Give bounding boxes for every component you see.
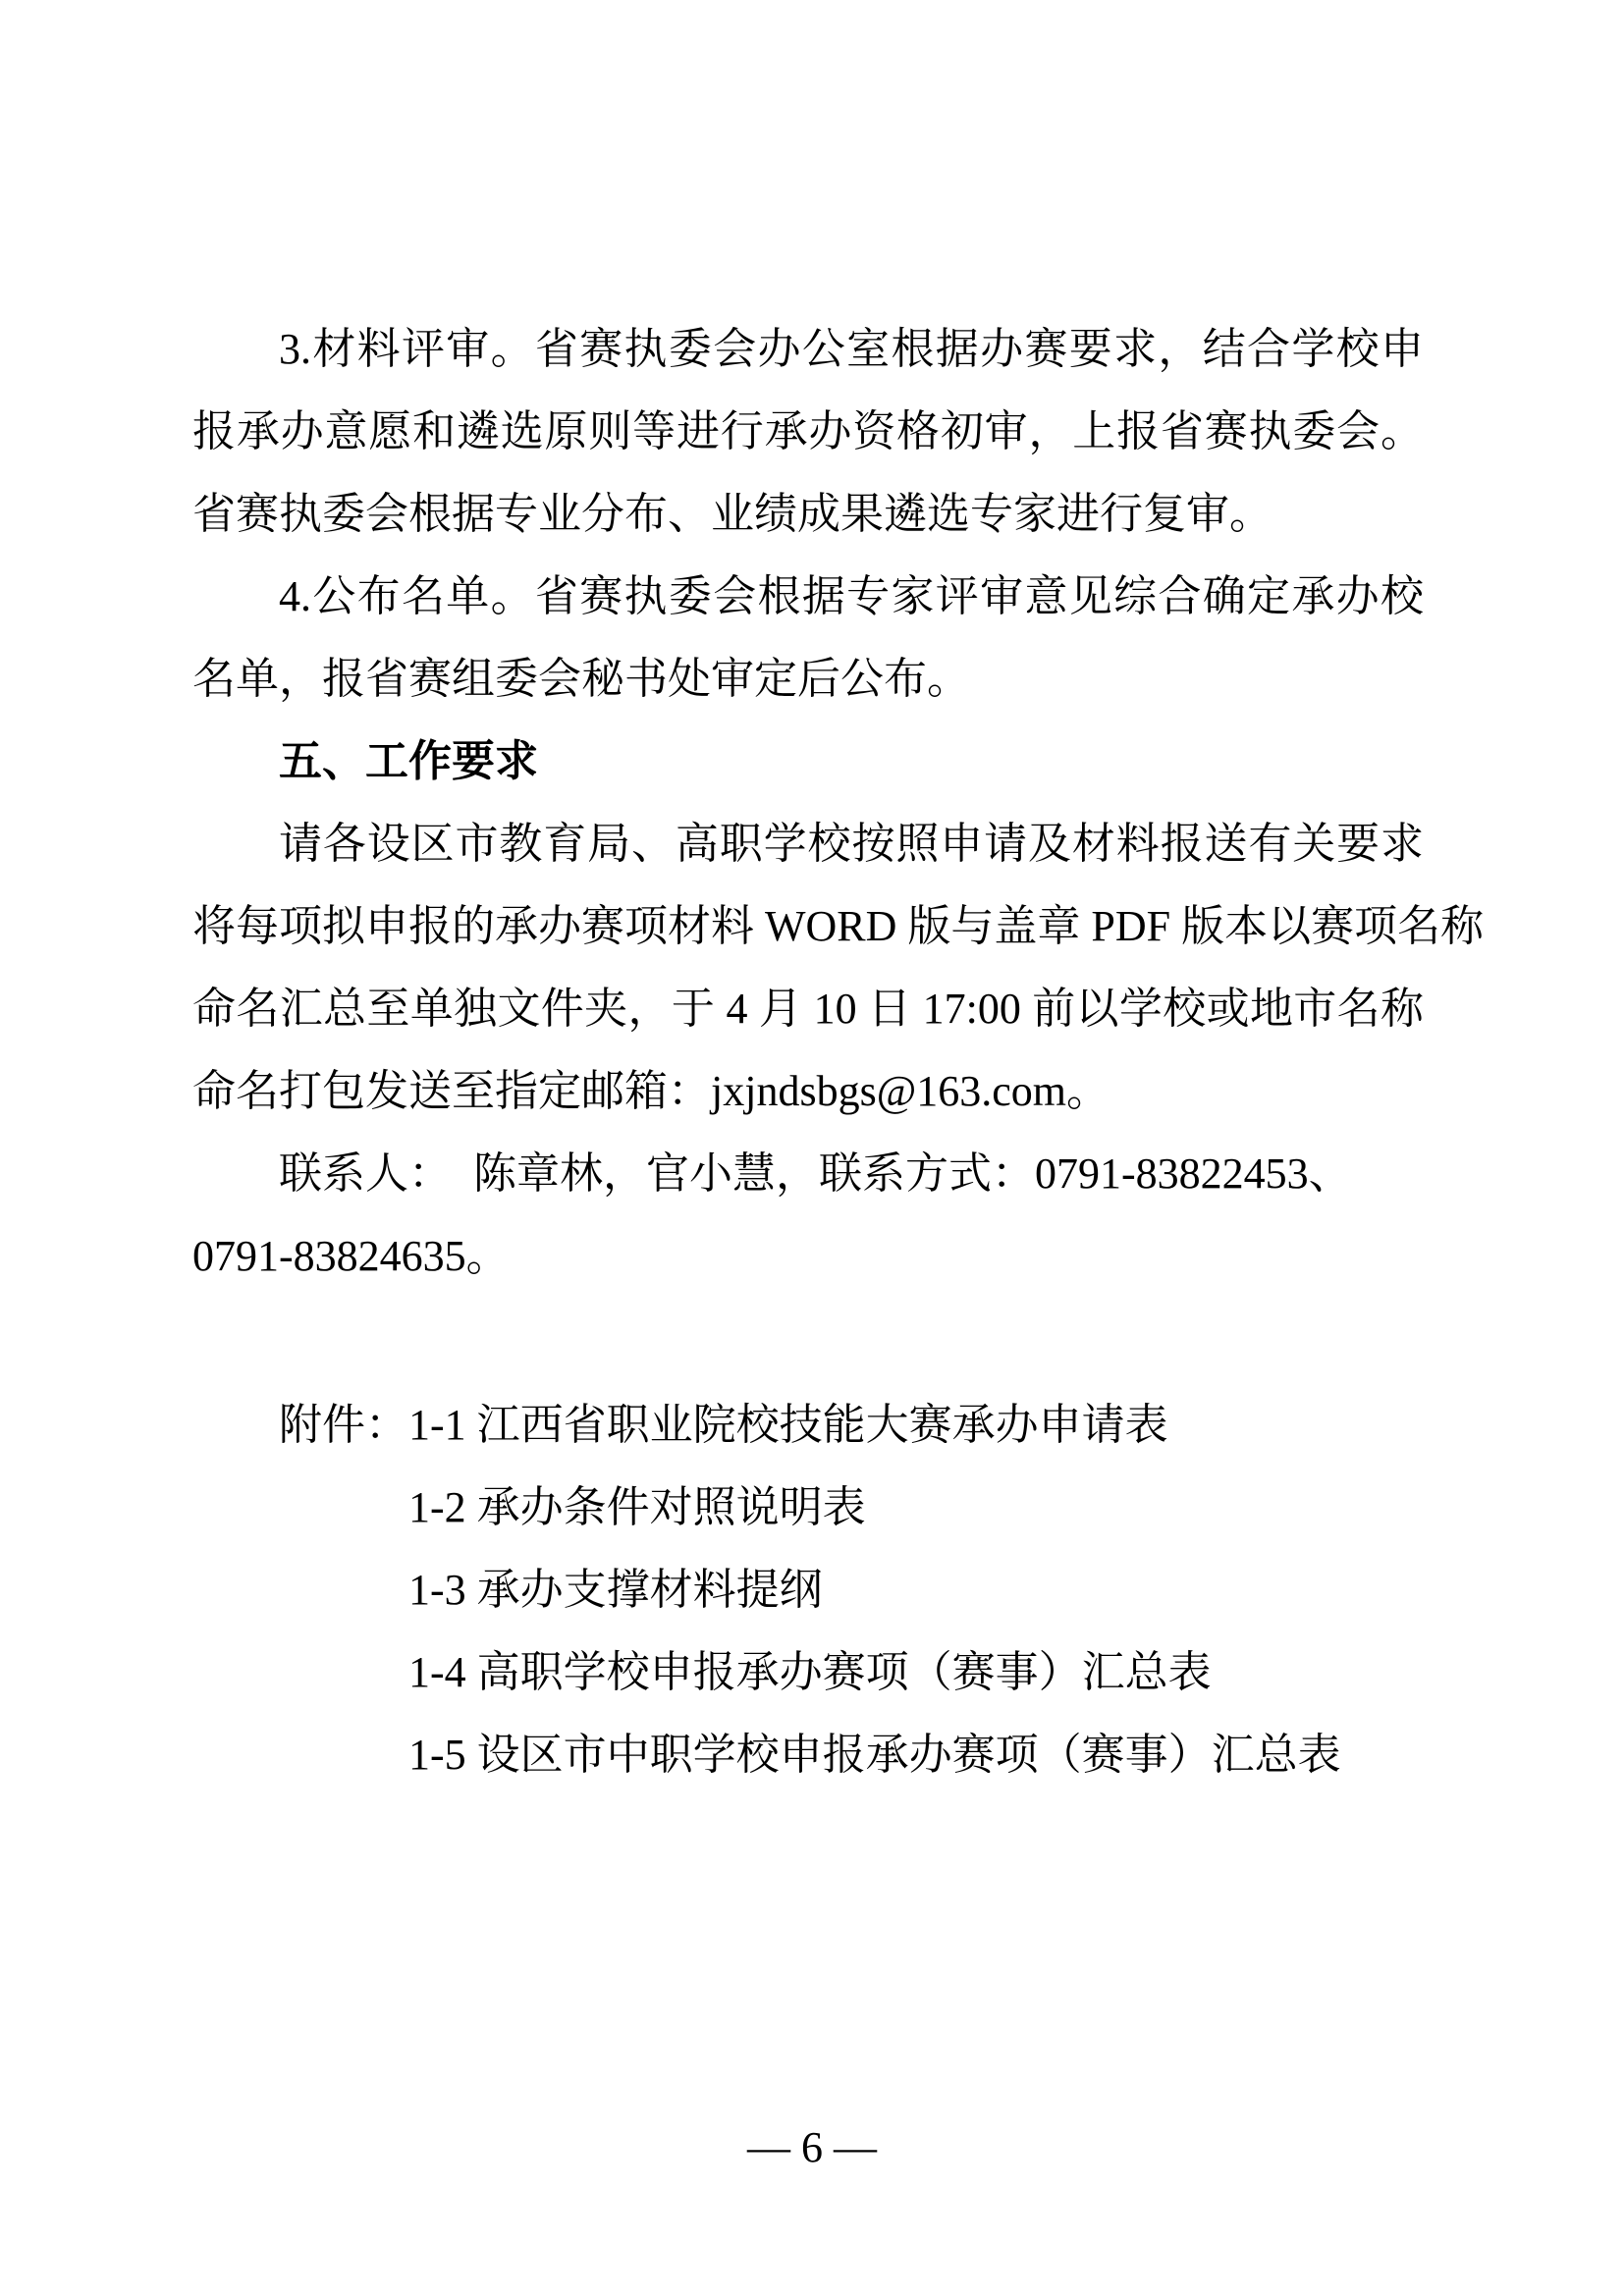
attachment-item: 1-2 承办条件对照说明表 bbox=[408, 1467, 1424, 1549]
text-line: 命名打包发送至指定邮箱：jxjndsbgs@163.com。 bbox=[192, 1050, 1424, 1133]
attachment-item: 1-5 设区市中职学校申报承办赛项（赛事）汇总表 bbox=[408, 1714, 1424, 1796]
attachment-item: 1-1 江西省职业院校技能大赛承办申请表 bbox=[408, 1384, 1424, 1467]
page-number: — 6 — bbox=[747, 2123, 877, 2171]
text-line: 联系人： 陈章林，官小慧，联系方式：0791-83822453、 bbox=[192, 1133, 1424, 1215]
attachments-label: 附件： bbox=[279, 1384, 408, 1467]
text-line: 3.材料评审。省赛执委会办公室根据办赛要求，结合学校申 bbox=[192, 308, 1424, 391]
attachment-item: 1-3 承办支撑材料提纲 bbox=[408, 1549, 1424, 1631]
document-page: 3.材料评审。省赛执委会办公室根据办赛要求，结合学校申 报承办意愿和遴选原则等进… bbox=[0, 0, 1624, 2296]
text-line: 0791-83824635。 bbox=[192, 1215, 1424, 1298]
section-heading: 五、工作要求 bbox=[192, 721, 1424, 803]
text-line: 请各设区市教育局、高职学校按照申请及材料报送有关要求 bbox=[192, 803, 1424, 885]
page-footer: — 6 — bbox=[0, 2107, 1624, 2189]
text-line: 报承办意愿和遴选原则等进行承办资格初审，上报省赛执委会。 bbox=[192, 391, 1424, 473]
text-line: 命名汇总至单独文件夹，于 4 月 10 日 17:00 前以学校或地市名称 bbox=[192, 968, 1424, 1050]
text-line: 将每项拟申报的承办赛项材料 WORD 版与盖章 PDF 版本以赛项名称 bbox=[192, 885, 1424, 968]
attachments-section: 附件： 1-1 江西省职业院校技能大赛承办申请表 1-2 承办条件对照说明表 1… bbox=[192, 1384, 1424, 1796]
text-line: 名单，报省赛组委会秘书处审定后公布。 bbox=[192, 638, 1424, 721]
blank-space bbox=[192, 1298, 1424, 1384]
attachment-list: 1-1 江西省职业院校技能大赛承办申请表 1-2 承办条件对照说明表 1-3 承… bbox=[408, 1384, 1424, 1796]
text-line: 4.公布名单。省赛执委会根据专家评审意见综合确定承办校 bbox=[192, 556, 1424, 638]
attachment-item: 1-4 高职学校申报承办赛项（赛事）汇总表 bbox=[408, 1631, 1424, 1714]
document-body: 3.材料评审。省赛执委会办公室根据办赛要求，结合学校申 报承办意愿和遴选原则等进… bbox=[192, 308, 1424, 1796]
text-line: 省赛执委会根据专业分布、业绩成果遴选专家进行复审。 bbox=[192, 473, 1424, 556]
